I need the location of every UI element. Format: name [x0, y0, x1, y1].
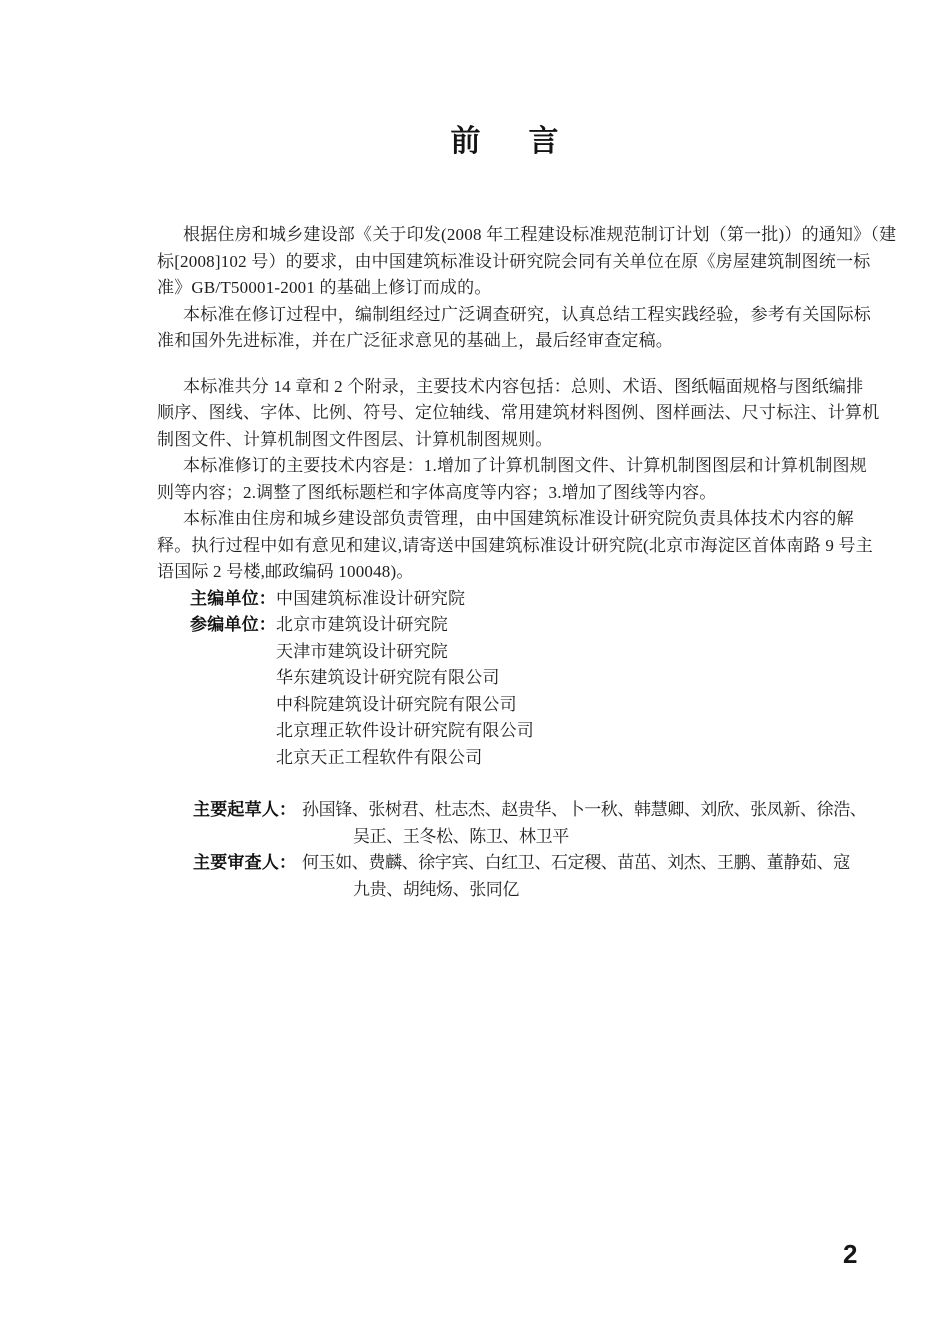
page-title: 前 言 [157, 125, 861, 159]
reviewers-names-line1: 何玉如、费麟、徐宇宾、白红卫、石定稷、苗茁、刘杰、王鹏、董静茹、寇 [302, 850, 850, 877]
text-line: 准和国外先进标准，并在广泛征求意见的基础上，最后经审查定稿。 [157, 328, 861, 355]
chief-editor-unit-row: 主编单位： 中国建筑标准设计研究院 [157, 586, 861, 613]
text-line: 标[2008]102 号）的要求，由中国建筑标准设计研究院会同有关单位在原《房屋… [157, 249, 861, 276]
text-line: 准》GB/T50001-2001 的基础上修订而成的。 [157, 275, 861, 302]
page-content: 前 言 根据住房和城乡建设部《关于印发(2008 年工程建设标准规范制订计划（第… [157, 0, 861, 903]
drafters-names-line2: 吴正、王冬松、陈卫、林卫平 [157, 824, 861, 851]
chief-editor-unit-value: 中国建筑标准设计研究院 [276, 586, 465, 613]
participating-unit-row: 参编单位： 北京市建筑设计研究院 [157, 612, 861, 639]
paragraph-contents: 本标准共分 14 章和 2 个附录，主要技术内容包括：总则、术语、图纸幅面规格与… [157, 374, 861, 454]
participating-unit-item: 天津市建筑设计研究院 [157, 639, 861, 666]
reviewers-names-line2: 九贵、胡纯炀、张同亿 [157, 877, 861, 904]
participating-unit-item: 华东建筑设计研究院有限公司 [157, 665, 861, 692]
paragraph-main-changes: 本标准修订的主要技术内容是：1.增加了计算机制图文件、计算机制图图层和计算机制图… [157, 453, 861, 506]
paragraph-revision-process: 本标准在修订过程中，编制组经过广泛调查研究，认真总结工程实践经验，参考有关国际标… [157, 302, 861, 355]
page-number: 2 [843, 1241, 857, 1268]
text-line: 本标准在修订过程中，编制组经过广泛调查研究，认真总结工程实践经验，参考有关国际标 [157, 302, 861, 329]
participating-unit-item: 中科院建筑设计研究院有限公司 [157, 692, 861, 719]
text-line: 语国际 2 号楼,邮政编码 100048)。 [157, 559, 861, 586]
document-page: 前 言 根据住房和城乡建设部《关于印发(2008 年工程建设标准规范制订计划（第… [0, 0, 950, 1344]
text-line: 本标准由住房和城乡建设部负责管理，由中国建筑标准设计研究院负责具体技术内容的解 [157, 506, 861, 533]
people-section: 主要起草人： 孙国锋、张树君、杜志杰、赵贵华、卜一秋、韩慧卿、刘欣、张凤新、徐浩… [157, 797, 861, 903]
participating-unit-label: 参编单位： [190, 612, 276, 639]
paragraph-basis: 根据住房和城乡建设部《关于印发(2008 年工程建设标准规范制订计划（第一批)）… [157, 222, 861, 302]
participating-unit-value: 北京市建筑设计研究院 [276, 612, 448, 639]
participating-unit-item: 北京天正工程软件有限公司 [157, 745, 861, 772]
participating-unit-item: 北京理正软件设计研究院有限公司 [157, 718, 861, 745]
chief-editor-unit-label: 主编单位： [190, 586, 276, 613]
drafters-label: 主要起草人： [193, 797, 302, 824]
drafters-names-line1: 孙国锋、张树君、杜志杰、赵贵华、卜一秋、韩慧卿、刘欣、张凤新、徐浩、 [302, 797, 866, 824]
text-line: 根据住房和城乡建设部《关于印发(2008 年工程建设标准规范制订计划（第一批)）… [157, 222, 861, 249]
text-line: 释。执行过程中如有意见和建议,请寄送中国建筑标准设计研究院(北京市海淀区首体南路… [157, 533, 861, 560]
text-line: 则等内容；2.调整了图纸标题栏和字体高度等内容；3.增加了图线等内容。 [157, 480, 861, 507]
text-line: 本标准修订的主要技术内容是：1.增加了计算机制图文件、计算机制图图层和计算机制图… [157, 453, 861, 480]
paragraph-management: 本标准由住房和城乡建设部负责管理，由中国建筑标准设计研究院负责具体技术内容的解 … [157, 506, 861, 586]
text-line: 顺序、图线、字体、比例、符号、定位轴线、常用建筑材料图例、图样画法、尺寸标注、计… [157, 400, 861, 427]
reviewers-label: 主要审查人： [193, 850, 302, 877]
text-line: 制图文件、计算机制图文件图层、计算机制图规则。 [157, 427, 861, 454]
reviewers-row: 主要审查人： 何玉如、费麟、徐宇宾、白红卫、石定稷、苗茁、刘杰、王鹏、董静茹、寇 [157, 850, 861, 877]
drafters-row: 主要起草人： 孙国锋、张树君、杜志杰、赵贵华、卜一秋、韩慧卿、刘欣、张凤新、徐浩… [157, 797, 861, 824]
text-line: 本标准共分 14 章和 2 个附录，主要技术内容包括：总则、术语、图纸幅面规格与… [157, 374, 861, 401]
